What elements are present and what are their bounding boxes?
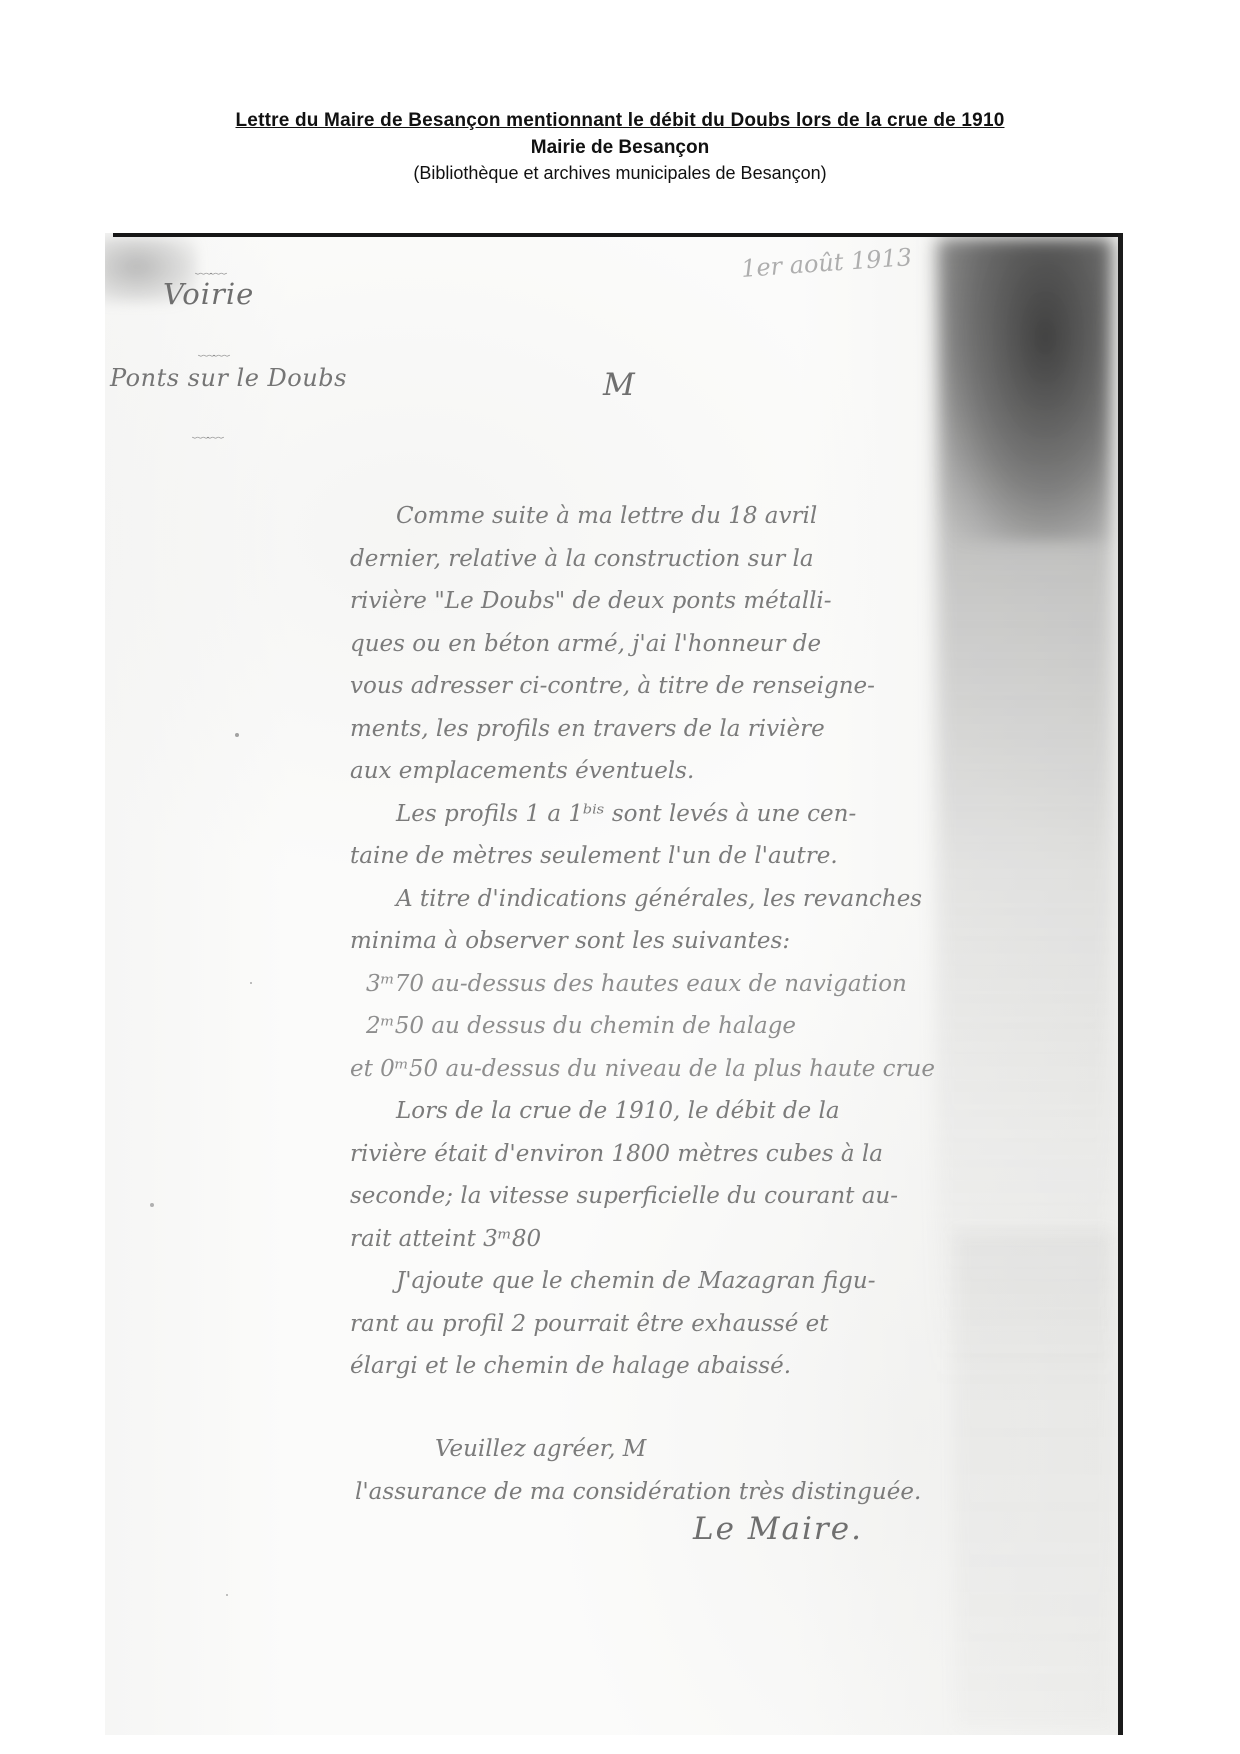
body-line: ments, les profils en travers de la rivi… bbox=[350, 708, 1040, 751]
ink-speck bbox=[235, 733, 239, 737]
body-line: dernier, relative à la construction sur … bbox=[350, 538, 1040, 581]
margin-subheading: Ponts sur le Doubs bbox=[110, 364, 347, 392]
caption-title: Lettre du Maire de Besançon mentionnant … bbox=[0, 110, 1240, 132]
body-line: taine de mètres seulement l'un de l'autr… bbox=[350, 835, 1040, 878]
margin-heading: Voirie bbox=[163, 277, 254, 311]
letter-closing: Veuillez agréer, M l'assurance de ma con… bbox=[355, 1428, 921, 1514]
caption-source: (Bibliothèque et archives municipales de… bbox=[0, 163, 1240, 184]
scan-right-border bbox=[1118, 233, 1123, 1735]
body-line: Comme suite à ma lettre du 18 avril bbox=[350, 495, 1040, 538]
letter-body: Comme suite à ma lettre du 18 avril dern… bbox=[350, 495, 1040, 1388]
salutation: M bbox=[603, 367, 635, 403]
body-line: 3ᵐ70 au-dessus des hautes eaux de naviga… bbox=[350, 963, 1040, 1006]
flourish-mark: ﹏﹏ bbox=[195, 253, 225, 278]
flourish-mark: ﹏﹏ bbox=[198, 335, 228, 360]
body-line: rivière était d'environ 1800 mètres cube… bbox=[350, 1133, 1040, 1176]
signature: Le Maire. bbox=[693, 1511, 863, 1547]
scan-top-border bbox=[113, 233, 1123, 237]
flourish-mark: ﹏﹏ bbox=[192, 417, 222, 442]
body-line: vous adresser ci-contre, à titre de rens… bbox=[350, 665, 1040, 708]
body-line: Lors de la crue de 1910, le débit de la bbox=[350, 1090, 1040, 1133]
letter-date: 1er août 1913 bbox=[740, 243, 913, 283]
body-line: seconde; la vitesse superficielle du cou… bbox=[350, 1175, 1040, 1218]
body-line: aux emplacements éventuels. bbox=[350, 750, 1040, 793]
body-line: 2ᵐ50 au dessus du chemin de halage bbox=[350, 1005, 1040, 1048]
caption-block: Lettre du Maire de Besançon mentionnant … bbox=[0, 110, 1240, 184]
body-line: Les profils 1 a 1ᵇⁱˢ sont levés à une ce… bbox=[350, 793, 1040, 836]
body-line: A titre d'indications générales, les rev… bbox=[350, 878, 1040, 921]
closing-line: l'assurance de ma considération très dis… bbox=[355, 1471, 921, 1514]
closing-line: Veuillez agréer, M bbox=[355, 1428, 921, 1471]
body-line: élargi et le chemin de halage abaissé. bbox=[350, 1345, 1040, 1388]
body-line: rivière "Le Doubs" de deux ponts métalli… bbox=[350, 580, 1040, 623]
body-line: rait atteint 3ᵐ80 bbox=[350, 1218, 1040, 1261]
body-line: J'ajoute que le chemin de Mazagran figu- bbox=[350, 1260, 1040, 1303]
body-line: rant au profil 2 pourrait être exhaussé … bbox=[350, 1303, 1040, 1346]
body-line: minima à observer sont les suivantes: bbox=[350, 920, 1040, 963]
body-line: ques ou en béton armé, j'ai l'honneur de bbox=[350, 623, 1040, 666]
caption-organization: Mairie de Besançon bbox=[0, 137, 1240, 159]
scanned-letter-page: ﹏﹏ Voirie ﹏﹏ Ponts sur le Doubs ﹏﹏ 1er a… bbox=[105, 233, 1123, 1735]
body-line: et 0ᵐ50 au-dessus du niveau de la plus h… bbox=[350, 1048, 1040, 1091]
